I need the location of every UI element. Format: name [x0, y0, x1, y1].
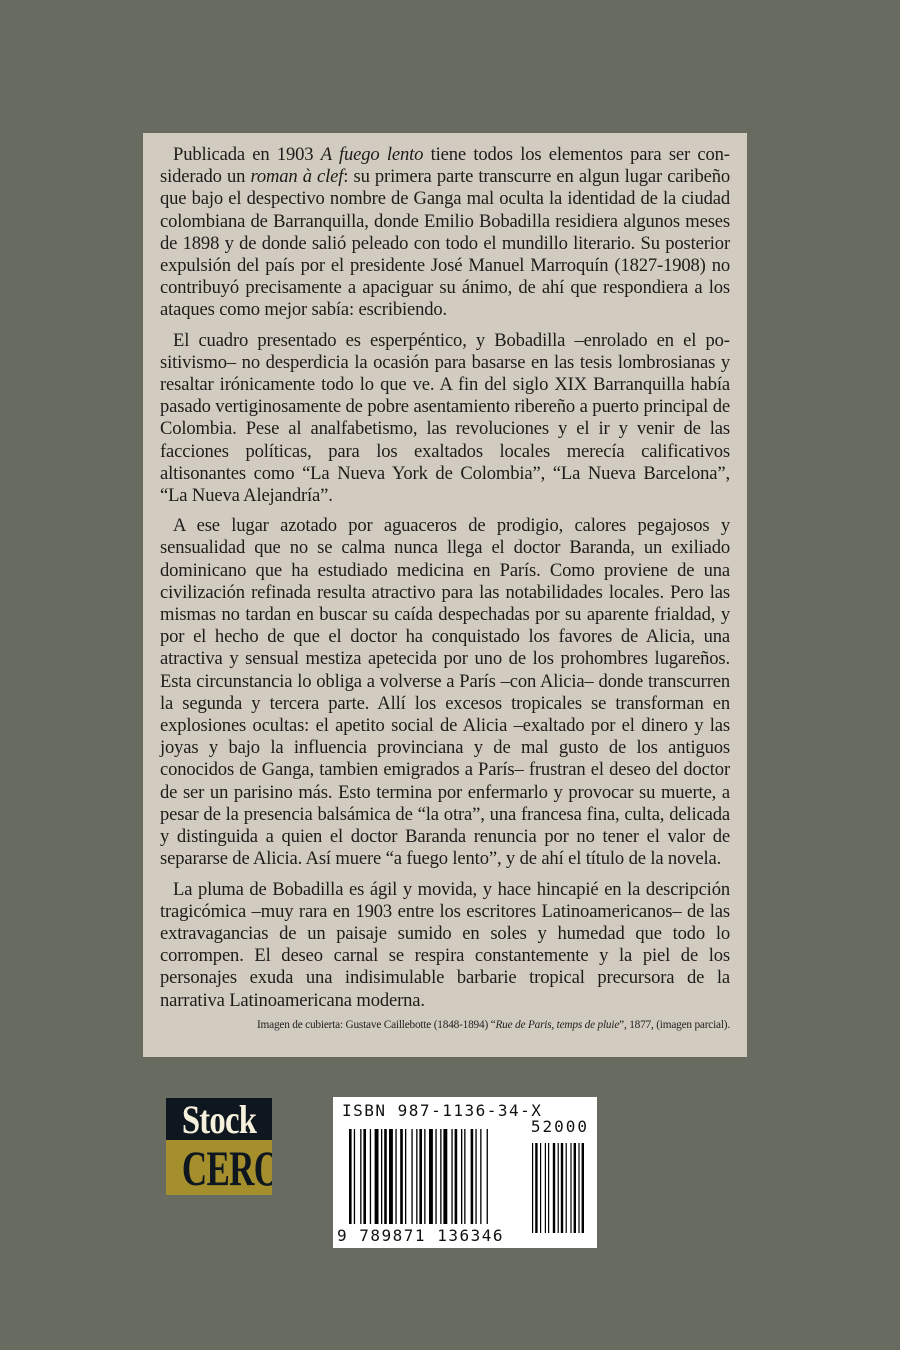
ean-digits: 9 789871 136346 [337, 1226, 504, 1245]
blurb-paragraph-4: La pluma de Bobadilla es ágil y movida, … [160, 879, 730, 1012]
blurb-paragraph-3: A ese lugar azotado por aguaceros de pro… [160, 515, 730, 870]
stock-cero-logo: Stock CERO [166, 1098, 272, 1195]
credit-suffix: ”, 1877, (imagen parcial). [619, 1019, 730, 1031]
logo-text-cero: CERO [182, 1140, 256, 1195]
cover-image-credit: Imagen de cubierta: Gustave Caillebotte … [160, 1018, 730, 1032]
blurb-paragraph-2: El cuadro presentado es esperpéntico, y … [160, 330, 730, 508]
isbn-barcode: ISBN 987-1136-34-X 52000 9 789871 136346 [333, 1097, 597, 1248]
logo-top-band: Stock [166, 1098, 272, 1140]
logo-bottom-band: CERO [166, 1140, 272, 1195]
credit-prefix: Imagen de cubierta: Gustave Caillebotte … [257, 1019, 495, 1031]
back-cover-blurb-panel: Publicada en 1903 A fuego lento tiene to… [143, 133, 747, 1057]
credit-painting-title: Rue de Paris, temps de pluie [495, 1019, 619, 1031]
logo-text-stock: Stock [176, 1098, 263, 1140]
blurb-paragraph-1: Publicada en 1903 A fuego lento tiene to… [160, 144, 730, 322]
